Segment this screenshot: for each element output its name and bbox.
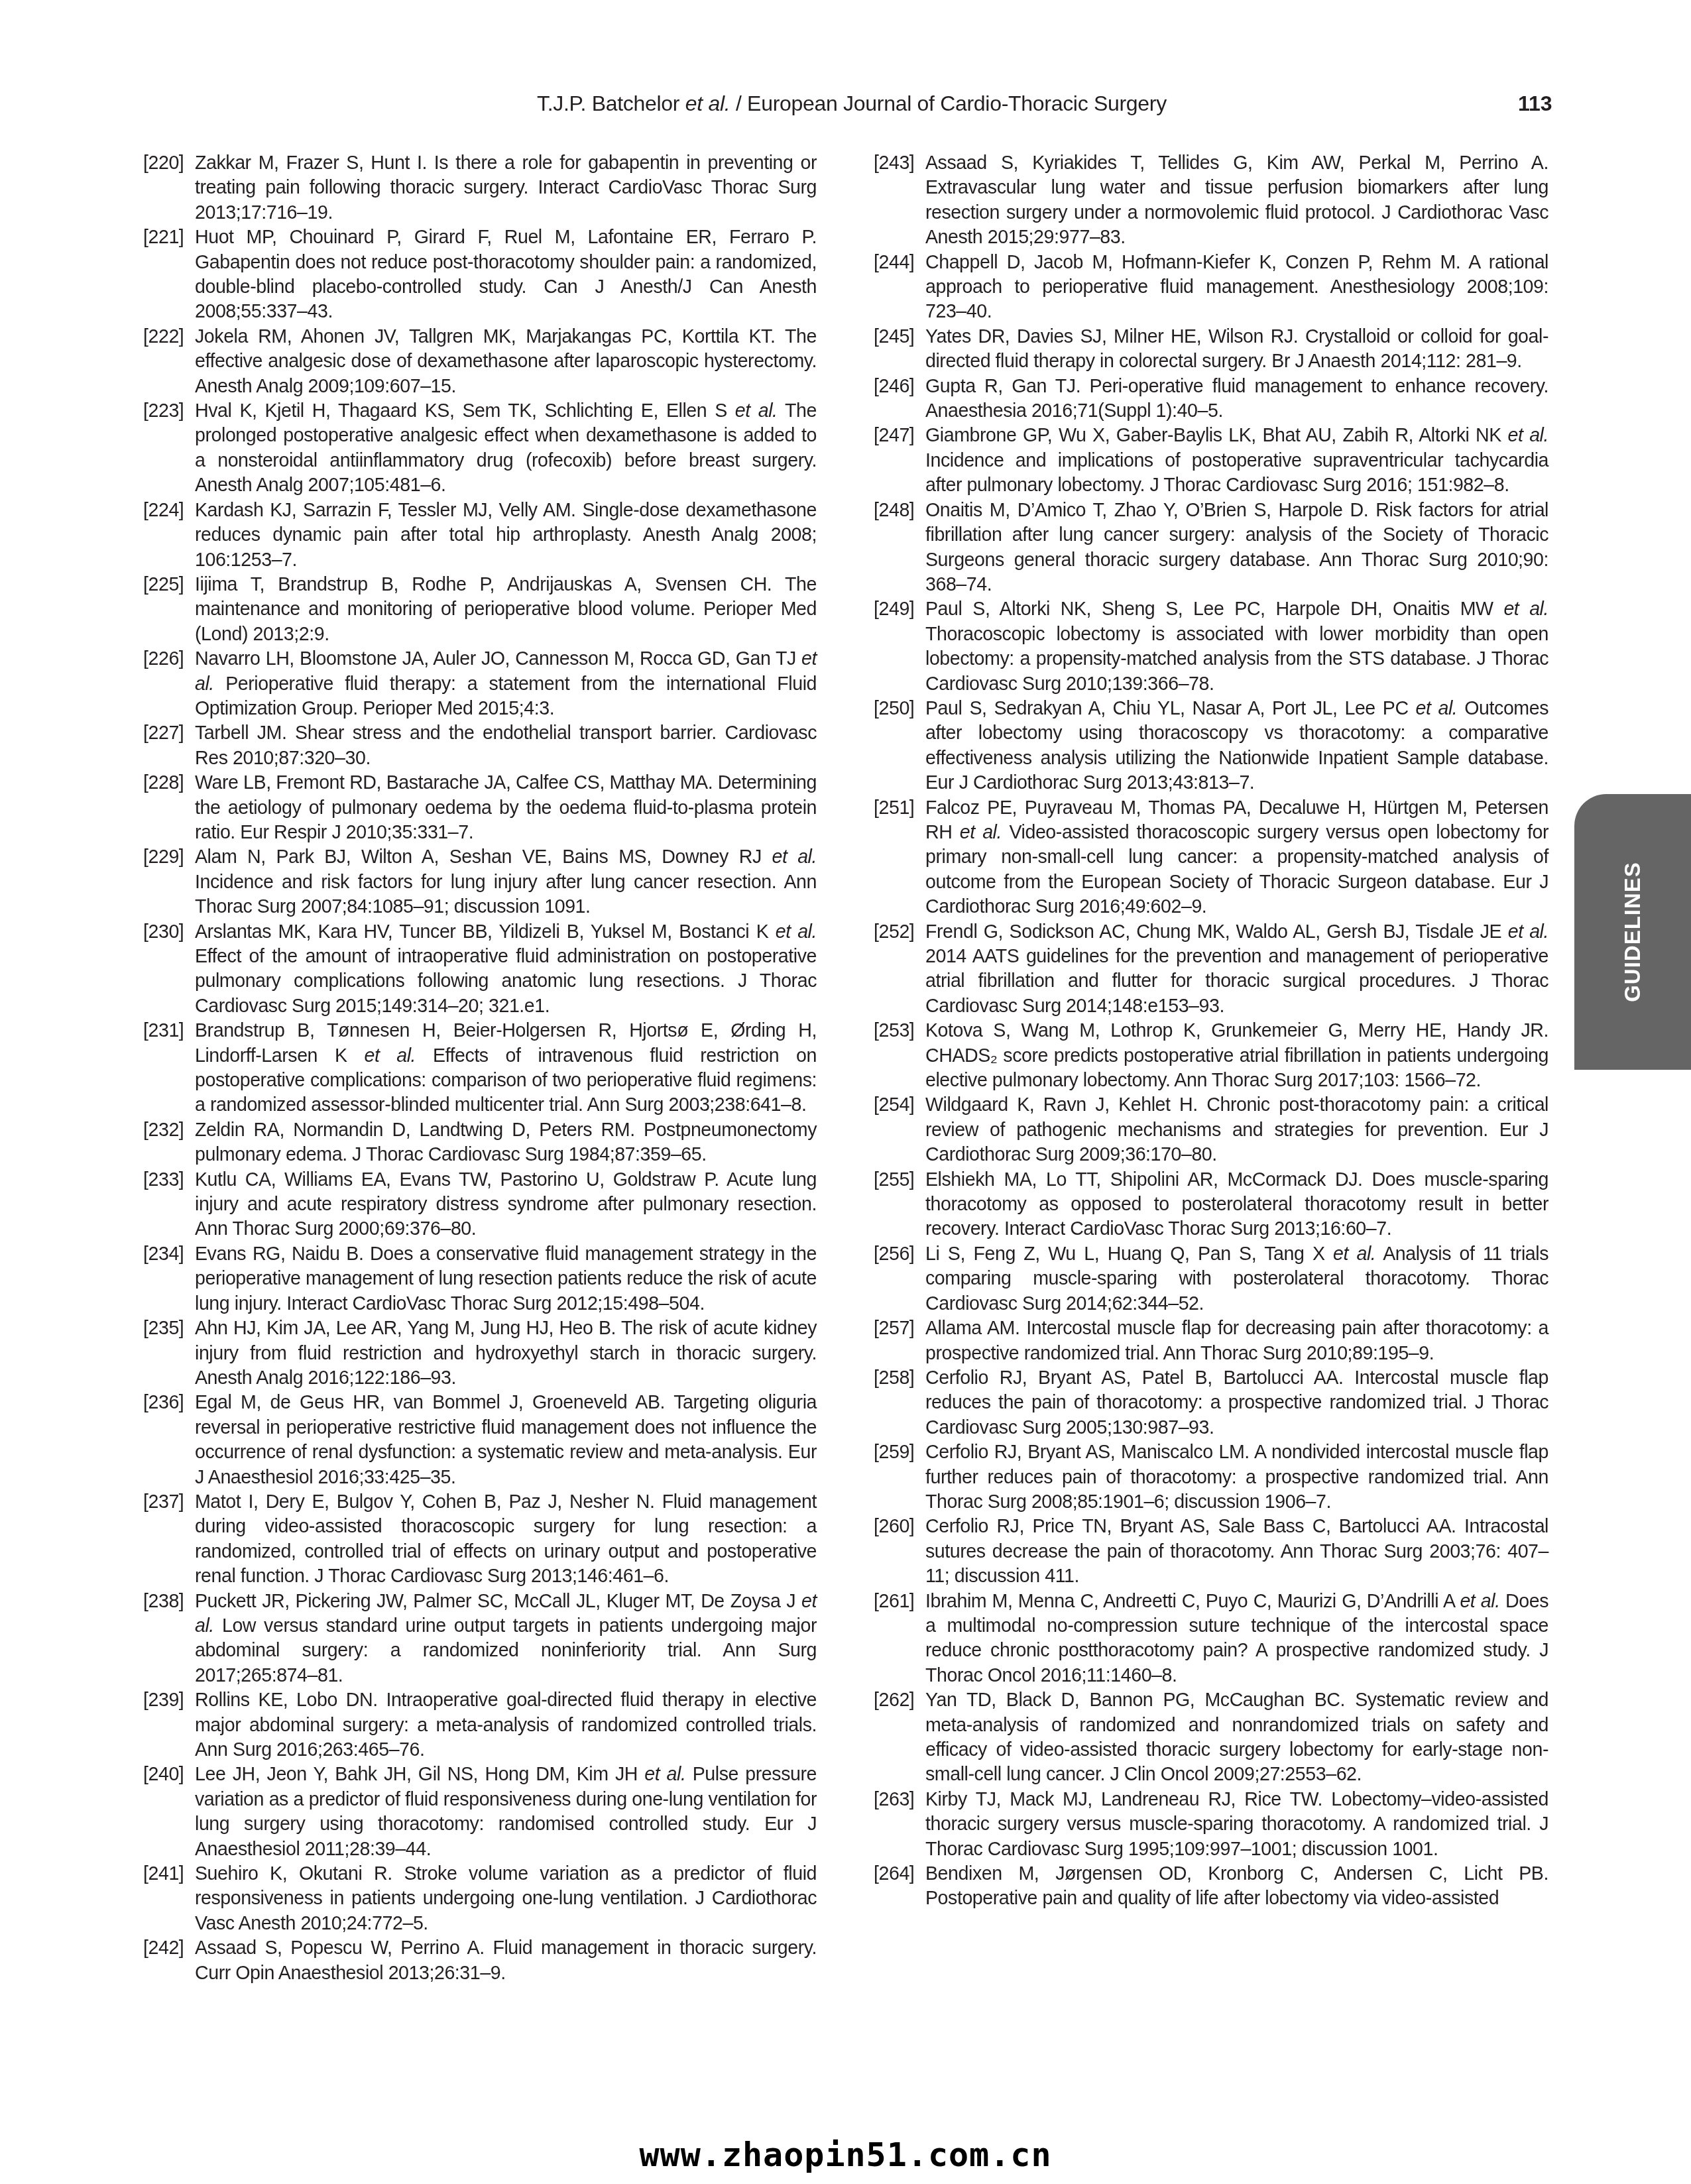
reference-text-rest: Low versus standard urine output targets… (195, 1615, 817, 1686)
reference-text-rest: Incidence and implications of postoperat… (925, 450, 1548, 496)
reference-number: [243] (874, 151, 914, 176)
reference-item: [237]Matot I, Dery E, Bulgov Y, Cohen B,… (143, 1490, 817, 1589)
reference-text-main: Kirby TJ, Mack MJ, Landreneau RJ, Rice T… (925, 1789, 1548, 1860)
reference-text: Kardash KJ, Sarrazin F, Tessler MJ, Vell… (195, 500, 817, 571)
reference-item: [258]Cerfolio RJ, Bryant AS, Patel B, Ba… (874, 1366, 1548, 1440)
reference-text-main: Assaad S, Popescu W, Perrino A. Fluid ma… (195, 1937, 817, 1983)
reference-text: Cerfolio RJ, Bryant AS, Maniscalco LM. A… (925, 1442, 1548, 1513)
reference-item: [247]Giambrone GP, Wu X, Gaber-Baylis LK… (874, 424, 1548, 498)
reference-item: [222]Jokela RM, Ahonen JV, Tallgren MK, … (143, 325, 817, 399)
reference-text-main: Cerfolio RJ, Bryant AS, Maniscalco LM. A… (925, 1442, 1548, 1513)
reference-item: [241]Suehiro K, Okutani R. Stroke volume… (143, 1862, 817, 1936)
reference-text: Assaad S, Popescu W, Perrino A. Fluid ma… (195, 1937, 817, 1983)
reference-number: [242] (143, 1936, 184, 1961)
reference-text-main: Cerfolio RJ, Price TN, Bryant AS, Sale B… (925, 1516, 1548, 1587)
reference-item: [234]Evans RG, Naidu B. Does a conservat… (143, 1242, 817, 1316)
reference-text: Cerfolio RJ, Bryant AS, Patel B, Bartolu… (925, 1367, 1548, 1438)
reference-text-main: Zeldin RA, Normandin D, Landtwing D, Pet… (195, 1120, 817, 1165)
reference-text: Kotova S, Wang M, Lothrop K, Grunkemeier… (925, 1020, 1548, 1091)
reference-item: [255]Elshiekh MA, Lo TT, Shipolini AR, M… (874, 1168, 1548, 1242)
reference-text: Bendixen M, Jørgensen OD, Kronborg C, An… (925, 1863, 1548, 1909)
reference-text-main: Ware LB, Fremont RD, Bastarache JA, Calf… (195, 772, 817, 843)
reference-number: [262] (874, 1688, 914, 1713)
reference-item: [253]Kotova S, Wang M, Lothrop K, Grunke… (874, 1019, 1548, 1093)
reference-text: Hval K, Kjetil H, Thagaard KS, Sem TK, S… (195, 400, 817, 496)
reference-item: [245]Yates DR, Davies SJ, Milner HE, Wil… (874, 325, 1548, 374)
reference-item: [231]Brandstrup B, Tønnesen H, Beier-Hol… (143, 1019, 817, 1118)
reference-text-main: Allama AM. Intercostal muscle flap for d… (925, 1318, 1548, 1363)
reference-number: [251] (874, 796, 914, 821)
references-column-right: [243]Assaad S, Kyriakides T, Tellides G,… (874, 151, 1548, 1912)
reference-number: [232] (143, 1118, 184, 1143)
reference-text-main: Wildgaard K, Ravn J, Kehlet H. Chronic p… (925, 1094, 1548, 1165)
reference-text: Paul S, Sedrakyan A, Chiu YL, Nasar A, P… (925, 698, 1548, 793)
reference-item: [242]Assaad S, Popescu W, Perrino A. Flu… (143, 1936, 817, 1986)
reference-text-main: Hval K, Kjetil H, Thagaard KS, Sem TK, S… (195, 400, 735, 422)
header-et-al: et al. (685, 91, 730, 115)
reference-text-rest: Thoracoscopic lobectomy is associated wi… (925, 624, 1548, 695)
reference-number: [222] (143, 325, 184, 349)
reference-number: [225] (143, 573, 184, 597)
reference-text: Gupta R, Gan TJ. Peri-operative fluid ma… (925, 376, 1548, 422)
reference-text-main: Cerfolio RJ, Bryant AS, Patel B, Bartolu… (925, 1367, 1548, 1438)
reference-text: Suehiro K, Okutani R. Stroke volume vari… (195, 1863, 817, 1934)
reference-item: [221]Huot MP, Chouinard P, Girard F, Rue… (143, 225, 817, 325)
reference-text: Zeldin RA, Normandin D, Landtwing D, Pet… (195, 1120, 817, 1165)
reference-number: [256] (874, 1242, 914, 1267)
reference-et-al: et al. (1333, 1243, 1375, 1265)
reference-text-main: Frendl G, Sodickson AC, Chung MK, Waldo … (925, 921, 1508, 943)
reference-item: [250]Paul S, Sedrakyan A, Chiu YL, Nasar… (874, 697, 1548, 796)
reference-text-rest: Perioperative fluid therapy: a statement… (195, 673, 817, 719)
reference-text-main: Yan TD, Black D, Bannon PG, McCaughan BC… (925, 1690, 1548, 1785)
reference-number: [254] (874, 1093, 914, 1118)
reference-item: [224]Kardash KJ, Sarrazin F, Tessler MJ,… (143, 498, 817, 573)
reference-text-main: Evans RG, Naidu B. Does a conservative f… (195, 1243, 817, 1314)
reference-text-main: Lee JH, Jeon Y, Bahk JH, Gil NS, Hong DM… (195, 1764, 644, 1785)
reference-number: [228] (143, 771, 184, 795)
reference-text-main: Huot MP, Chouinard P, Girard F, Ruel M, … (195, 227, 817, 322)
reference-item: [227]Tarbell JM. Shear stress and the en… (143, 721, 817, 771)
reference-text-main: Iijima T, Brandstrup B, Rodhe P, Andrija… (195, 574, 817, 645)
reference-number: [260] (874, 1515, 914, 1539)
reference-text-main: Ibrahim M, Menna C, Andreetti C, Puyo C,… (925, 1591, 1460, 1612)
reference-text-main: Tarbell JM. Shear stress and the endothe… (195, 722, 817, 768)
reference-text: Allama AM. Intercostal muscle flap for d… (925, 1318, 1548, 1363)
reference-item: [259]Cerfolio RJ, Bryant AS, Maniscalco … (874, 1440, 1548, 1515)
reference-et-al: et al. (1416, 698, 1458, 719)
reference-text: Ahn HJ, Kim JA, Lee AR, Yang M, Jung HJ,… (195, 1318, 817, 1389)
reference-text: Chappell D, Jacob M, Hofmann-Kiefer K, C… (925, 252, 1548, 323)
reference-et-al: et al. (1460, 1591, 1499, 1612)
reference-text-main: Suehiro K, Okutani R. Stroke volume vari… (195, 1863, 817, 1934)
running-header-title: T.J.P. Batchelor et al. / European Journ… (537, 91, 1167, 116)
reference-number: [220] (143, 151, 184, 176)
reference-et-al: et al. (644, 1764, 685, 1785)
reference-text: Egal M, de Geus HR, van Bommel J, Groene… (195, 1392, 817, 1487)
reference-item: [248]Onaitis M, D’Amico T, Zhao Y, O’Bri… (874, 498, 1548, 598)
section-side-tab: GUIDELINES (1574, 794, 1691, 1070)
reference-text-main: Ahn HJ, Kim JA, Lee AR, Yang M, Jung HJ,… (195, 1318, 817, 1389)
reference-number: [248] (874, 498, 914, 523)
reference-text-main: Paul S, Altorki NK, Sheng S, Lee PC, Har… (925, 599, 1503, 620)
reference-item: [243]Assaad S, Kyriakides T, Tellides G,… (874, 151, 1548, 251)
reference-number: [234] (143, 1242, 184, 1267)
reference-number: [259] (874, 1440, 914, 1465)
reference-et-al: et al. (1503, 599, 1548, 620)
reference-text-main: Puckett JR, Pickering JW, Palmer SC, McC… (195, 1591, 801, 1612)
running-header: T.J.P. Batchelor et al. / European Journ… (0, 91, 1691, 125)
reference-number: [250] (874, 697, 914, 721)
reference-item: [252]Frendl G, Sodickson AC, Chung MK, W… (874, 920, 1548, 1019)
reference-text-main: Kardash KJ, Sarrazin F, Tessler MJ, Vell… (195, 500, 817, 571)
reference-number: [223] (143, 399, 184, 424)
reference-number: [241] (143, 1862, 184, 1886)
reference-text-main: Giambrone GP, Wu X, Gaber-Baylis LK, Bha… (925, 425, 1508, 446)
reference-item: [226]Navarro LH, Bloomstone JA, Auler JO… (143, 647, 817, 721)
reference-number: [252] (874, 920, 914, 945)
reference-text-main: Egal M, de Geus HR, van Bommel J, Groene… (195, 1392, 817, 1487)
reference-text: Paul S, Altorki NK, Sheng S, Lee PC, Har… (925, 599, 1548, 694)
reference-item: [246]Gupta R, Gan TJ. Peri-operative flu… (874, 374, 1548, 424)
reference-number: [264] (874, 1862, 914, 1886)
reference-text-main: Alam N, Park BJ, Wilton A, Seshan VE, Ba… (195, 846, 772, 868)
reference-text-rest: Video-assisted thoracoscopic surgery ver… (925, 822, 1548, 917)
reference-item: [230]Arslantas MK, Kara HV, Tuncer BB, Y… (143, 920, 817, 1019)
reference-text: Wildgaard K, Ravn J, Kehlet H. Chronic p… (925, 1094, 1548, 1165)
reference-number: [221] (143, 225, 184, 250)
reference-item: [256]Li S, Feng Z, Wu L, Huang Q, Pan S,… (874, 1242, 1548, 1316)
reference-text-main: Kotova S, Wang M, Lothrop K, Grunkemeier… (925, 1020, 1548, 1091)
reference-text: Alam N, Park BJ, Wilton A, Seshan VE, Ba… (195, 846, 817, 917)
reference-number: [258] (874, 1366, 914, 1391)
reference-number: [257] (874, 1316, 914, 1341)
reference-text: Assaad S, Kyriakides T, Tellides G, Kim … (925, 152, 1548, 248)
reference-number: [237] (143, 1490, 184, 1515)
reference-text-main: Elshiekh MA, Lo TT, Shipolini AR, McCorm… (925, 1169, 1548, 1240)
reference-text: Yates DR, Davies SJ, Milner HE, Wilson R… (925, 326, 1548, 372)
references-column-left: [220]Zakkar M, Frazer S, Hunt I. Is ther… (143, 151, 817, 1986)
reference-item: [239]Rollins KE, Lobo DN. Intraoperative… (143, 1688, 817, 1762)
reference-text: Iijima T, Brandstrup B, Rodhe P, Andrija… (195, 574, 817, 645)
reference-et-al: et al. (776, 921, 817, 943)
reference-number: [247] (874, 424, 914, 448)
reference-et-al: et al. (1508, 921, 1548, 943)
reference-text-main: Zakkar M, Frazer S, Hunt I. Is there a r… (195, 152, 817, 223)
reference-text-main: Paul S, Sedrakyan A, Chiu YL, Nasar A, P… (925, 698, 1416, 719)
reference-text-main: Chappell D, Jacob M, Hofmann-Kiefer K, C… (925, 252, 1548, 323)
reference-text: Rollins KE, Lobo DN. Intraoperative goal… (195, 1690, 817, 1760)
reference-text: Ibrahim M, Menna C, Andreetti C, Puyo C,… (925, 1591, 1548, 1686)
reference-text: Cerfolio RJ, Price TN, Bryant AS, Sale B… (925, 1516, 1548, 1587)
reference-text: Elshiekh MA, Lo TT, Shipolini AR, McCorm… (925, 1169, 1548, 1240)
reference-text-rest: Incidence and risk factors for lung inju… (195, 872, 817, 917)
reference-text: Giambrone GP, Wu X, Gaber-Baylis LK, Bha… (925, 425, 1548, 496)
reference-item: [225]Iijima T, Brandstrup B, Rodhe P, An… (143, 573, 817, 647)
reference-et-al: et al. (960, 822, 1002, 843)
reference-item: [260]Cerfolio RJ, Price TN, Bryant AS, S… (874, 1515, 1548, 1589)
reference-item: [238]Puckett JR, Pickering JW, Palmer SC… (143, 1589, 817, 1689)
reference-text: Onaitis M, D’Amico T, Zhao Y, O’Brien S,… (925, 500, 1548, 595)
watermark-url: www.zhaopin51.com.cn (0, 2136, 1691, 2174)
reference-text-main: Onaitis M, D’Amico T, Zhao Y, O’Brien S,… (925, 500, 1548, 595)
reference-item: [235]Ahn HJ, Kim JA, Lee AR, Yang M, Jun… (143, 1316, 817, 1391)
reference-text-main: Rollins KE, Lobo DN. Intraoperative goal… (195, 1690, 817, 1760)
reference-item: [244]Chappell D, Jacob M, Hofmann-Kiefer… (874, 251, 1548, 325)
reference-number: [238] (143, 1589, 184, 1614)
page-number: 113 (1518, 91, 1552, 116)
reference-text-main: Arslantas MK, Kara HV, Tuncer BB, Yildiz… (195, 921, 776, 943)
reference-item: [257]Allama AM. Intercostal muscle flap … (874, 1316, 1548, 1366)
reference-text-main: Yates DR, Davies SJ, Milner HE, Wilson R… (925, 326, 1548, 372)
reference-et-al: et al. (772, 846, 817, 868)
reference-text-main: Bendixen M, Jørgensen OD, Kronborg C, An… (925, 1863, 1548, 1909)
reference-text-main: Kutlu CA, Williams EA, Evans TW, Pastori… (195, 1169, 817, 1240)
reference-number: [240] (143, 1762, 184, 1787)
reference-item: [232]Zeldin RA, Normandin D, Landtwing D… (143, 1118, 817, 1168)
reference-item: [251]Falcoz PE, Puyraveau M, Thomas PA, … (874, 796, 1548, 920)
reference-number: [231] (143, 1019, 184, 1043)
section-side-tab-label: GUIDELINES (1620, 862, 1645, 1002)
reference-text: Frendl G, Sodickson AC, Chung MK, Waldo … (925, 921, 1548, 1017)
reference-text: Jokela RM, Ahonen JV, Tallgren MK, Marja… (195, 326, 817, 397)
reference-text: Brandstrup B, Tønnesen H, Beier-Holgerse… (195, 1020, 817, 1116)
reference-text: Tarbell JM. Shear stress and the endothe… (195, 722, 817, 768)
reference-number: [227] (143, 721, 184, 746)
reference-item: [236]Egal M, de Geus HR, van Bommel J, G… (143, 1391, 817, 1490)
reference-number: [261] (874, 1589, 914, 1614)
reference-et-al: et al. (1508, 425, 1548, 446)
reference-text: Matot I, Dery E, Bulgov Y, Cohen B, Paz … (195, 1491, 817, 1587)
reference-text: Puckett JR, Pickering JW, Palmer SC, McC… (195, 1591, 817, 1686)
reference-number: [249] (874, 597, 914, 622)
reference-item: [240]Lee JH, Jeon Y, Bahk JH, Gil NS, Ho… (143, 1762, 817, 1862)
reference-item: [249]Paul S, Altorki NK, Sheng S, Lee PC… (874, 597, 1548, 697)
reference-item: [262]Yan TD, Black D, Bannon PG, McCaugh… (874, 1688, 1548, 1788)
reference-number: [246] (874, 374, 914, 399)
reference-item: [228]Ware LB, Fremont RD, Bastarache JA,… (143, 771, 817, 845)
reference-text: Li S, Feng Z, Wu L, Huang Q, Pan S, Tang… (925, 1243, 1548, 1314)
reference-number: [255] (874, 1168, 914, 1192)
reference-text: Lee JH, Jeon Y, Bahk JH, Gil NS, Hong DM… (195, 1764, 817, 1859)
reference-text: Falcoz PE, Puyraveau M, Thomas PA, Decal… (925, 797, 1548, 918)
reference-text: Zakkar M, Frazer S, Hunt I. Is there a r… (195, 152, 817, 223)
reference-text-main: Matot I, Dery E, Bulgov Y, Cohen B, Paz … (195, 1491, 817, 1587)
reference-number: [263] (874, 1788, 914, 1812)
reference-et-al: et al. (364, 1045, 416, 1066)
reference-item: [263]Kirby TJ, Mack MJ, Landreneau RJ, R… (874, 1788, 1548, 1862)
reference-item: [264]Bendixen M, Jørgensen OD, Kronborg … (874, 1862, 1548, 1912)
reference-et-al: et al. (735, 400, 778, 422)
reference-item: [223]Hval K, Kjetil H, Thagaard KS, Sem … (143, 399, 817, 498)
reference-item: [254]Wildgaard K, Ravn J, Kehlet H. Chro… (874, 1093, 1548, 1167)
header-authors: T.J.P. Batchelor (537, 91, 685, 115)
reference-text: Arslantas MK, Kara HV, Tuncer BB, Yildiz… (195, 921, 817, 1017)
reference-text: Evans RG, Naidu B. Does a conservative f… (195, 1243, 817, 1314)
reference-text-main: Assaad S, Kyriakides T, Tellides G, Kim … (925, 152, 1548, 248)
reference-number: [245] (874, 325, 914, 349)
reference-text: Yan TD, Black D, Bannon PG, McCaughan BC… (925, 1690, 1548, 1785)
reference-text: Kutlu CA, Williams EA, Evans TW, Pastori… (195, 1169, 817, 1240)
reference-number: [239] (143, 1688, 184, 1713)
reference-number: [236] (143, 1391, 184, 1415)
reference-text: Kirby TJ, Mack MJ, Landreneau RJ, Rice T… (925, 1789, 1548, 1860)
reference-item: [229]Alam N, Park BJ, Wilton A, Seshan V… (143, 845, 817, 919)
reference-item: [233]Kutlu CA, Williams EA, Evans TW, Pa… (143, 1168, 817, 1242)
header-journal-name: / European Journal of Cardio-Thoracic Su… (730, 91, 1167, 115)
reference-text-main: Gupta R, Gan TJ. Peri-operative fluid ma… (925, 376, 1548, 422)
reference-number: [224] (143, 498, 184, 523)
reference-number: [229] (143, 845, 184, 870)
reference-item: [261]Ibrahim M, Menna C, Andreetti C, Pu… (874, 1589, 1548, 1689)
reference-text: Huot MP, Chouinard P, Girard F, Ruel M, … (195, 227, 817, 322)
reference-item: [220]Zakkar M, Frazer S, Hunt I. Is ther… (143, 151, 817, 225)
reference-text: Ware LB, Fremont RD, Bastarache JA, Calf… (195, 772, 817, 843)
reference-text-main: Jokela RM, Ahonen JV, Tallgren MK, Marja… (195, 326, 817, 397)
reference-text-main: Navarro LH, Bloomstone JA, Auler JO, Can… (195, 648, 801, 669)
reference-number: [235] (143, 1316, 184, 1341)
reference-text-rest: Effect of the amount of intraoperative f… (195, 946, 817, 1017)
reference-text-rest: 2014 AATS guidelines for the prevention … (925, 946, 1548, 1017)
reference-number: [230] (143, 920, 184, 945)
reference-number: [253] (874, 1019, 914, 1043)
reference-text: Navarro LH, Bloomstone JA, Auler JO, Can… (195, 648, 817, 719)
reference-number: [244] (874, 251, 914, 275)
reference-number: [233] (143, 1168, 184, 1192)
reference-number: [226] (143, 647, 184, 671)
reference-text-main: Li S, Feng Z, Wu L, Huang Q, Pan S, Tang… (925, 1243, 1333, 1265)
